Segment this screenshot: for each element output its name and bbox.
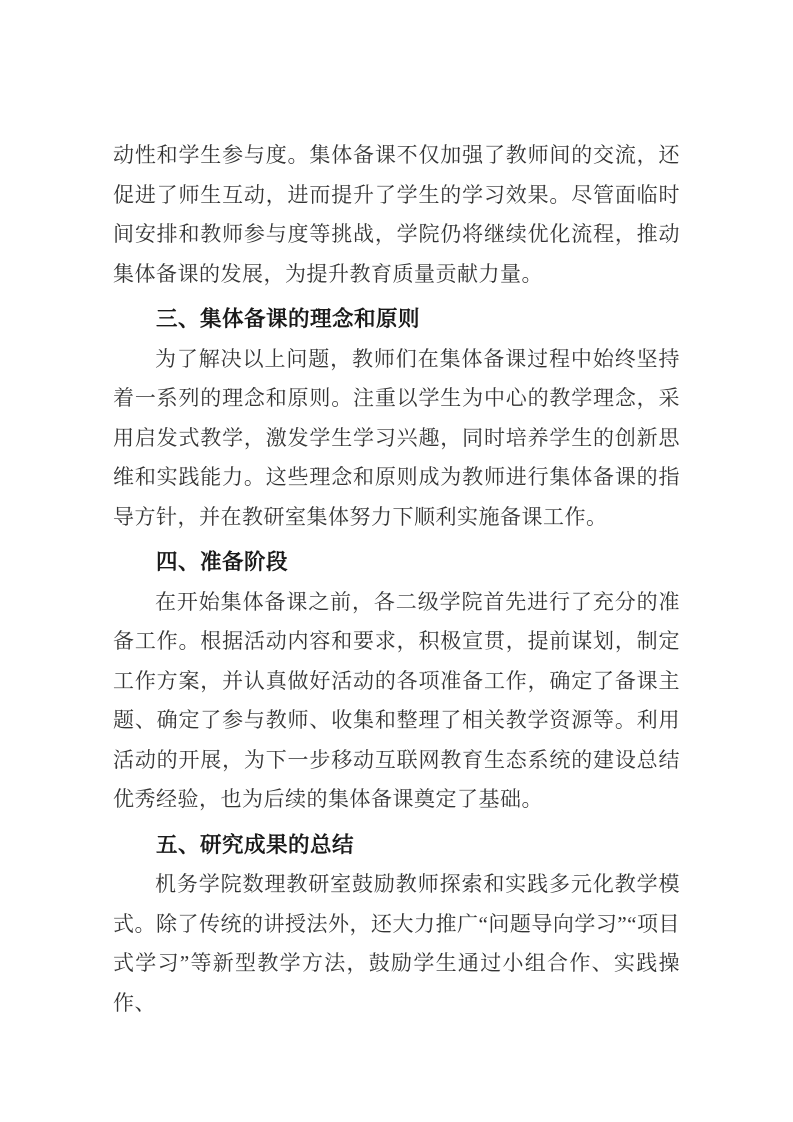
body-paragraph: 动性和学生参与度。集体备课不仅加强了教师间的交流，还促进了师生互动，进而提升了学… bbox=[113, 136, 680, 294]
section-heading: 四、准备阶段 bbox=[113, 543, 680, 583]
document-content: 动性和学生参与度。集体备课不仅加强了教师间的交流，还促进了师生互动，进而提升了学… bbox=[113, 136, 680, 1023]
section-heading: 五、研究成果的总结 bbox=[113, 826, 680, 866]
body-paragraph: 在开始集体备课之前，各二级学院首先进行了充分的准备工作。根据活动内容和要求，积极… bbox=[113, 583, 680, 820]
document-page: 动性和学生参与度。集体备课不仅加强了教师间的交流，还促进了师生互动，进而提升了学… bbox=[0, 0, 793, 1122]
section-heading: 三、集体备课的理念和原则 bbox=[113, 300, 680, 340]
body-paragraph: 为了解决以上问题，教师们在集体备课过程中始终坚持着一系列的理念和原则。注重以学生… bbox=[113, 340, 680, 538]
body-paragraph: 机务学院数理教研室鼓励教师探索和实践多元化教学模式。除了传统的讲授法外，还大力推… bbox=[113, 865, 680, 1023]
